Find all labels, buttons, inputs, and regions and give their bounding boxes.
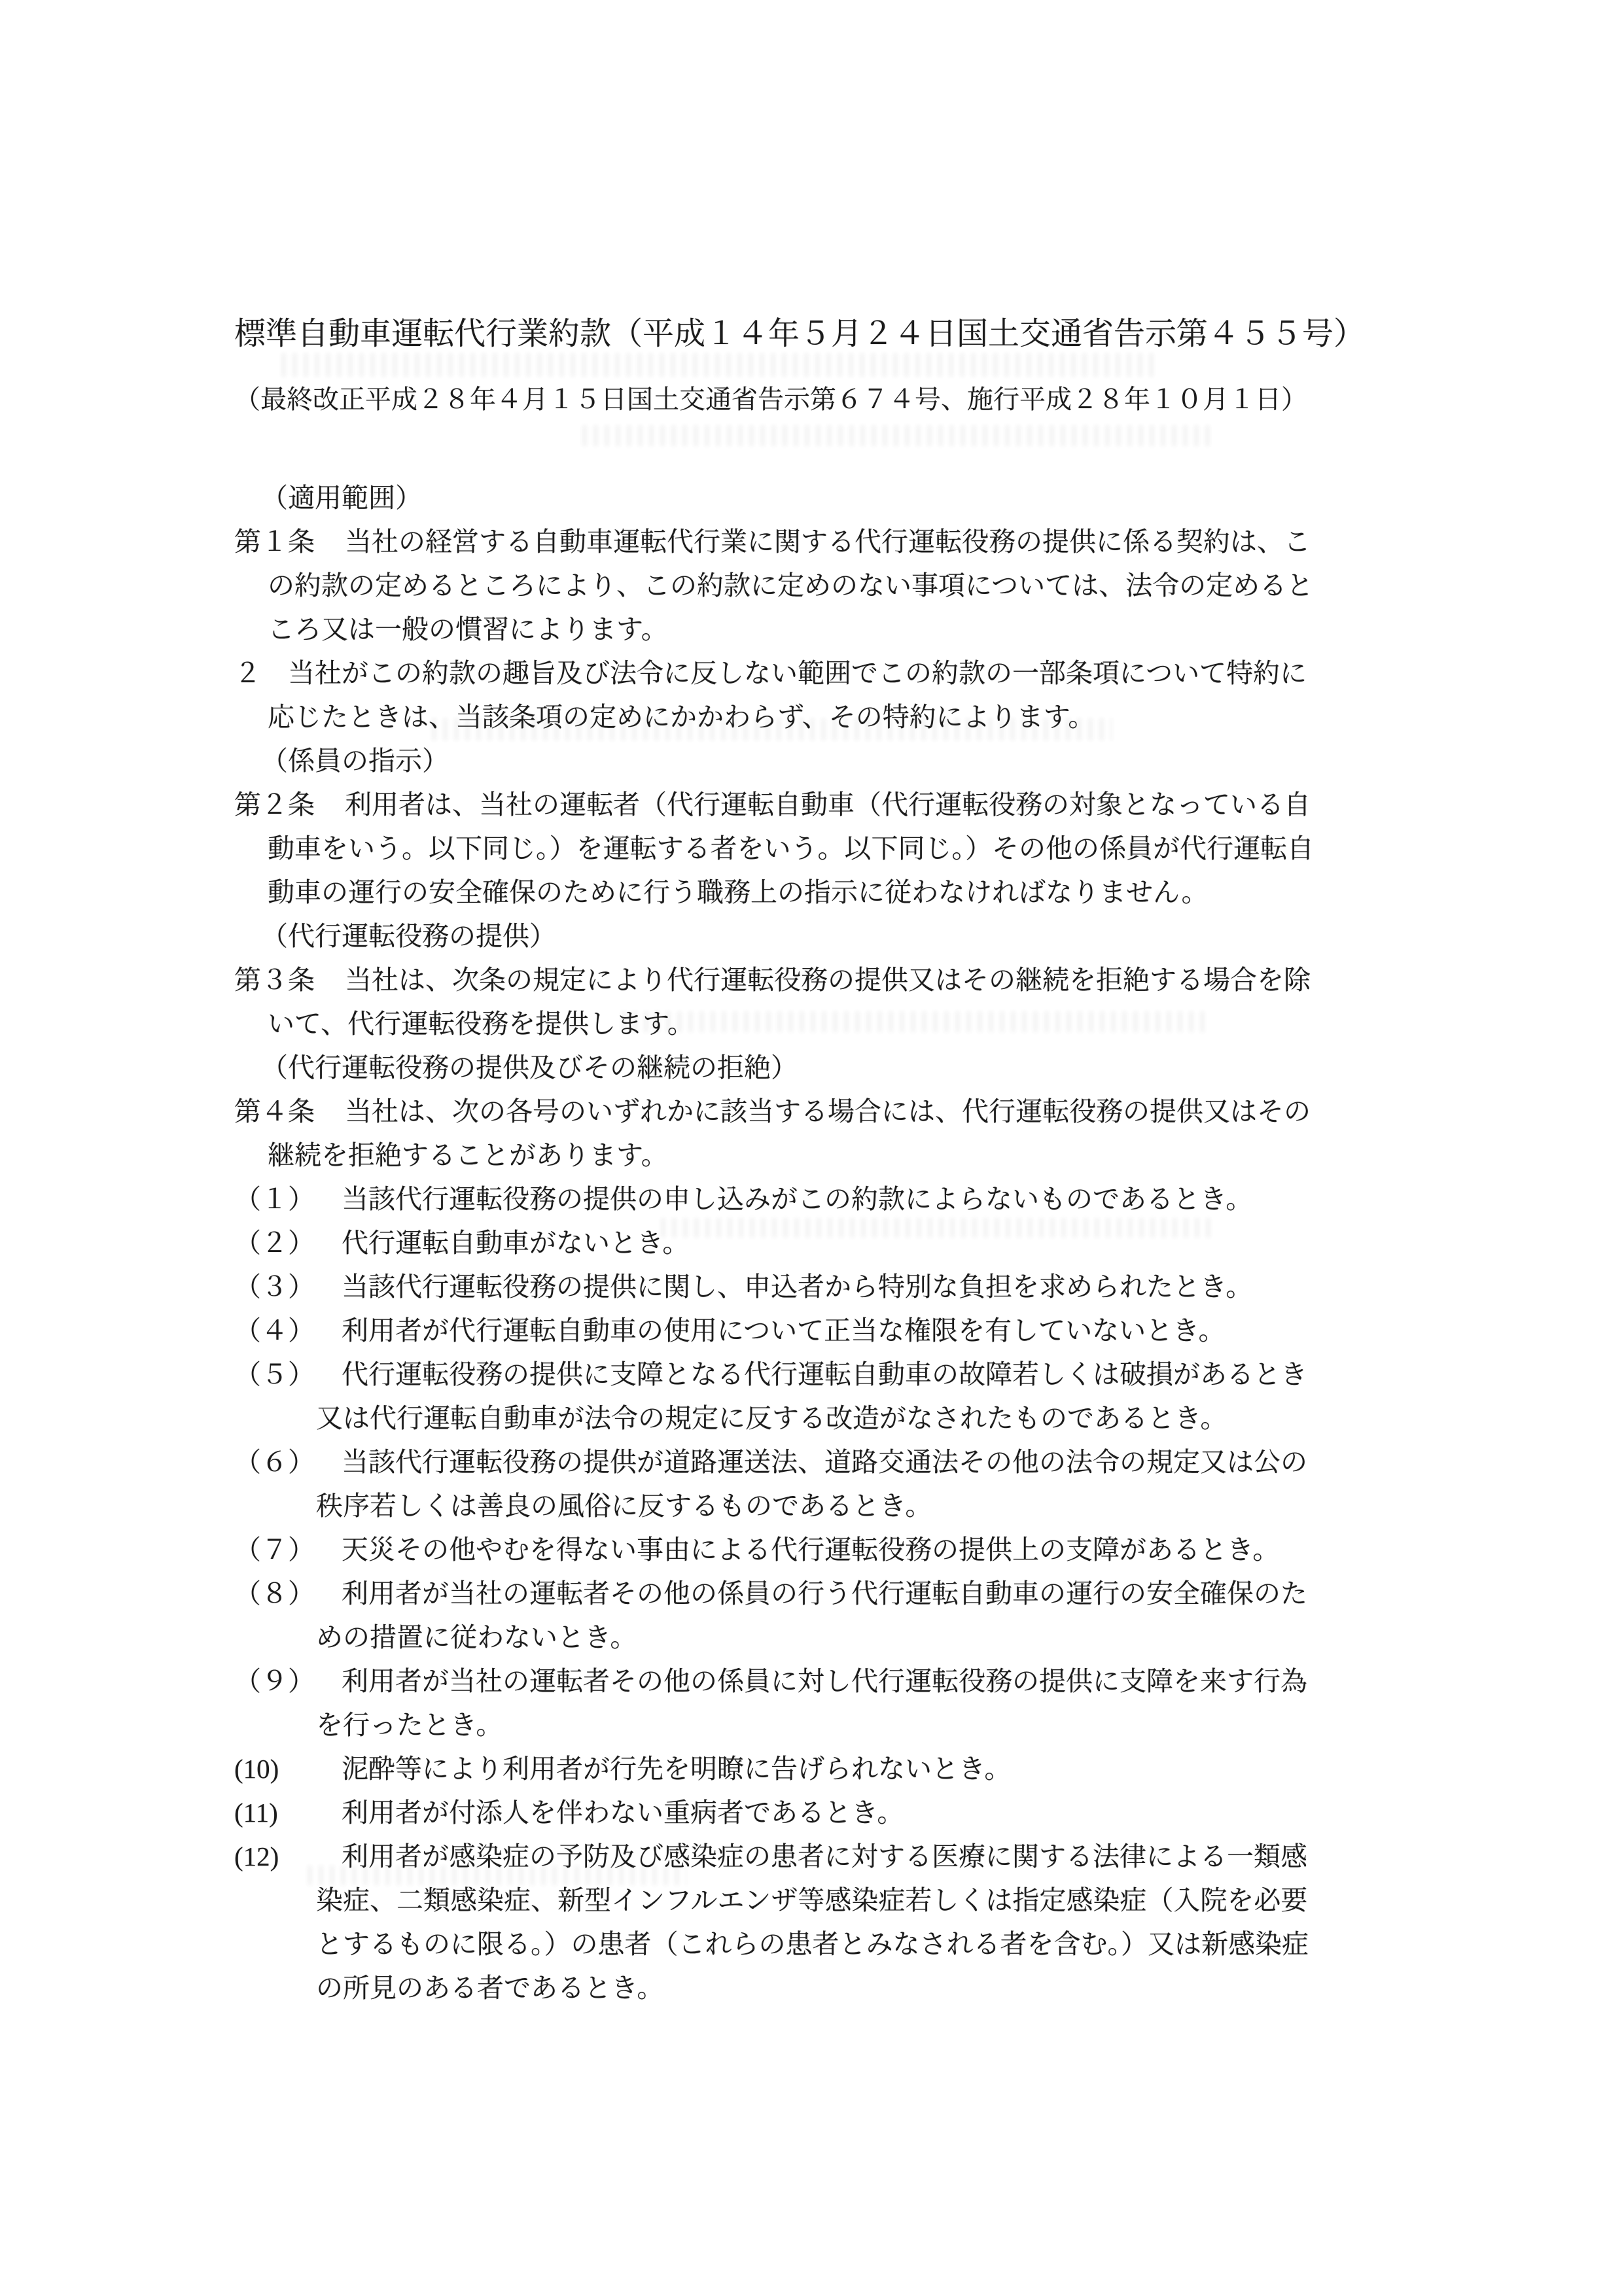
list-item: （３）当該代行運転役務の提供に関し、申込者から特別な負担を求められたとき。: [234, 1265, 1412, 1309]
paragraph-text: 代行運転自動車がないとき。: [342, 1228, 689, 1258]
article-number-label: 第４条: [234, 1096, 315, 1126]
article-paragraph: 第１条当社の経営する自動車運転代行業に関する代行運転役務の提供に係る契約は、こ …: [234, 520, 1412, 652]
item-number-label: (11): [234, 1791, 315, 1835]
paragraph-text: 当該代行運転役務の提供に関し、申込者から特別な負担を求められたとき。: [342, 1272, 1252, 1302]
paragraph-text: 当社の経営する自動車運転代行業に関する代行運転役務の提供に係る契約は、こ の約款…: [268, 527, 1313, 644]
section-heading: （適用範囲）: [234, 476, 1412, 520]
list-item: （９）利用者が当社の運転者その他の係員に対し代行運転役務の提供に支障を来す行為 …: [234, 1660, 1412, 1747]
paragraph-text: 利用者が付添人を伴わない重病者であるとき。: [342, 1798, 904, 1828]
paragraph-text: 代行運転役務の提供に支障となる代行運転自動車の故障若しくは破損があるとき 又は代…: [316, 1359, 1307, 1433]
item-number-label: (12): [234, 1835, 315, 1879]
item-number-label: （５）: [234, 1353, 315, 1397]
document-title: 標準自動車運転代行業約款（平成１４年５月２４日国土交通省告示第４５５号）: [234, 317, 1412, 352]
paragraph-text: 当社は、次条の規定により代行運転役務の提供又はその継続を拒絶する場合を除 いて、…: [268, 965, 1311, 1039]
list-item: （８）利用者が当社の運転者その他の係員の行う代行運転自動車の運行の安全確保のた …: [234, 1572, 1412, 1660]
item-number-label: （２）: [234, 1221, 315, 1265]
document-content: 標準自動車運転代行業約款（平成１４年５月２４日国土交通省告示第４５５号） （最終…: [234, 317, 1412, 2010]
list-item: （２）代行運転自動車がないとき。: [234, 1221, 1412, 1265]
list-item: (11)利用者が付添人を伴わない重病者であるとき。: [234, 1791, 1412, 1835]
list-item: (12)利用者が感染症の予防及び感染症の患者に対する医療に関する法律による一類感…: [234, 1835, 1412, 2010]
article-paragraph: 第４条当社は、次の各号のいずれかに該当する場合には、代行運転役務の提供又はその …: [234, 1090, 1412, 1177]
item-number-label: (10): [234, 1747, 315, 1791]
list-item: （７）天災その他やむを得ない事由による代行運転役務の提供上の支障があるとき。: [234, 1528, 1412, 1572]
paragraph-text: 利用者は、当社の運転者（代行運転自動車（代行運転役務の対象となっている自 動車を…: [268, 790, 1314, 907]
section-heading: （係員の指示）: [234, 739, 1412, 783]
scanned-document-page: 標準自動車運転代行業約款（平成１４年５月２４日国土交通省告示第４５５号） （最終…: [0, 0, 1624, 2296]
paragraph-text: （代行運転役務の提供）: [261, 921, 556, 951]
section-heading: （代行運転役務の提供）: [234, 914, 1412, 958]
paragraph-text: 当該代行運転役務の提供の申し込みがこの約款によらないものであるとき。: [342, 1184, 1252, 1214]
paragraph-text: 泥酔等により利用者が行先を明瞭に告げられないとき。: [342, 1754, 1011, 1784]
clause-number-label: ２: [234, 658, 261, 688]
paragraph-text: （代行運転役務の提供及びその継続の拒絶）: [261, 1052, 798, 1083]
article-paragraph: 第２条利用者は、当社の運転者（代行運転自動車（代行運転役務の対象となっている自 …: [234, 783, 1412, 914]
document-body: （適用範囲）第１条当社の経営する自動車運転代行業に関する代行運転役務の提供に係る…: [234, 476, 1412, 2010]
clause-paragraph: ２当社がこの約款の趣旨及び法令に反しない範囲でこの約款の一部条項について特約に …: [234, 652, 1412, 739]
item-number-label: （７）: [234, 1528, 315, 1572]
item-number-label: （９）: [234, 1660, 315, 1703]
item-number-label: （８）: [234, 1572, 315, 1616]
list-item: （５）代行運転役務の提供に支障となる代行運転自動車の故障若しくは破損があるとき …: [234, 1353, 1412, 1440]
list-item: （４）利用者が代行運転自動車の使用について正当な権限を有していないとき。: [234, 1309, 1412, 1353]
item-number-label: （６）: [234, 1440, 315, 1484]
paragraph-text: 当社は、次の各号のいずれかに該当する場合には、代行運転役務の提供又はその 継続を…: [268, 1096, 1311, 1170]
paragraph-text: 天災その他やむを得ない事由による代行運転役務の提供上の支障があるとき。: [342, 1535, 1279, 1565]
paragraph-text: 利用者が代行運転自動車の使用について正当な権限を有していないとき。: [342, 1315, 1226, 1346]
item-number-label: （４）: [234, 1309, 315, 1353]
section-heading: （代行運転役務の提供及びその継続の拒絶）: [234, 1046, 1412, 1090]
paragraph-text: 利用者が当社の運転者その他の係員の行う代行運転自動車の運行の安全確保のた めの措…: [316, 1578, 1307, 1652]
list-item: （１）当該代行運転役務の提供の申し込みがこの約款によらないものであるとき。: [234, 1177, 1412, 1221]
article-number-label: 第１条: [234, 527, 315, 557]
paragraph-text: 当該代行運転役務の提供が道路運送法、道路交通法その他の法令の規定又は公の 秩序若…: [316, 1447, 1307, 1521]
paragraph-text: （適用範囲）: [261, 483, 422, 513]
item-number-label: （３）: [234, 1265, 315, 1309]
paragraph-text: 当社がこの約款の趣旨及び法令に反しない範囲でこの約款の一部条項について特約に 応…: [268, 658, 1307, 732]
article-number-label: 第３条: [234, 965, 315, 995]
article-number-label: 第２条: [234, 790, 315, 820]
document-revision-note: （最終改正平成２８年４月１５日国土交通省告示第６７４号、施行平成２８年１０月１日…: [234, 385, 1412, 415]
paragraph-text: （係員の指示）: [261, 746, 449, 776]
list-item: （６）当該代行運転役務の提供が道路運送法、道路交通法その他の法令の規定又は公の …: [234, 1440, 1412, 1528]
article-paragraph: 第３条当社は、次条の規定により代行運転役務の提供又はその継続を拒絶する場合を除 …: [234, 958, 1412, 1046]
paragraph-text: 利用者が当社の運転者その他の係員に対し代行運転役務の提供に支障を来す行為 を行っ…: [316, 1666, 1307, 1740]
list-item: (10)泥酔等により利用者が行先を明瞭に告げられないとき。: [234, 1747, 1412, 1791]
paragraph-text: 利用者が感染症の予防及び感染症の患者に対する医療に関する法律による一類感 染症、…: [316, 1841, 1309, 2003]
item-number-label: （１）: [234, 1177, 315, 1221]
